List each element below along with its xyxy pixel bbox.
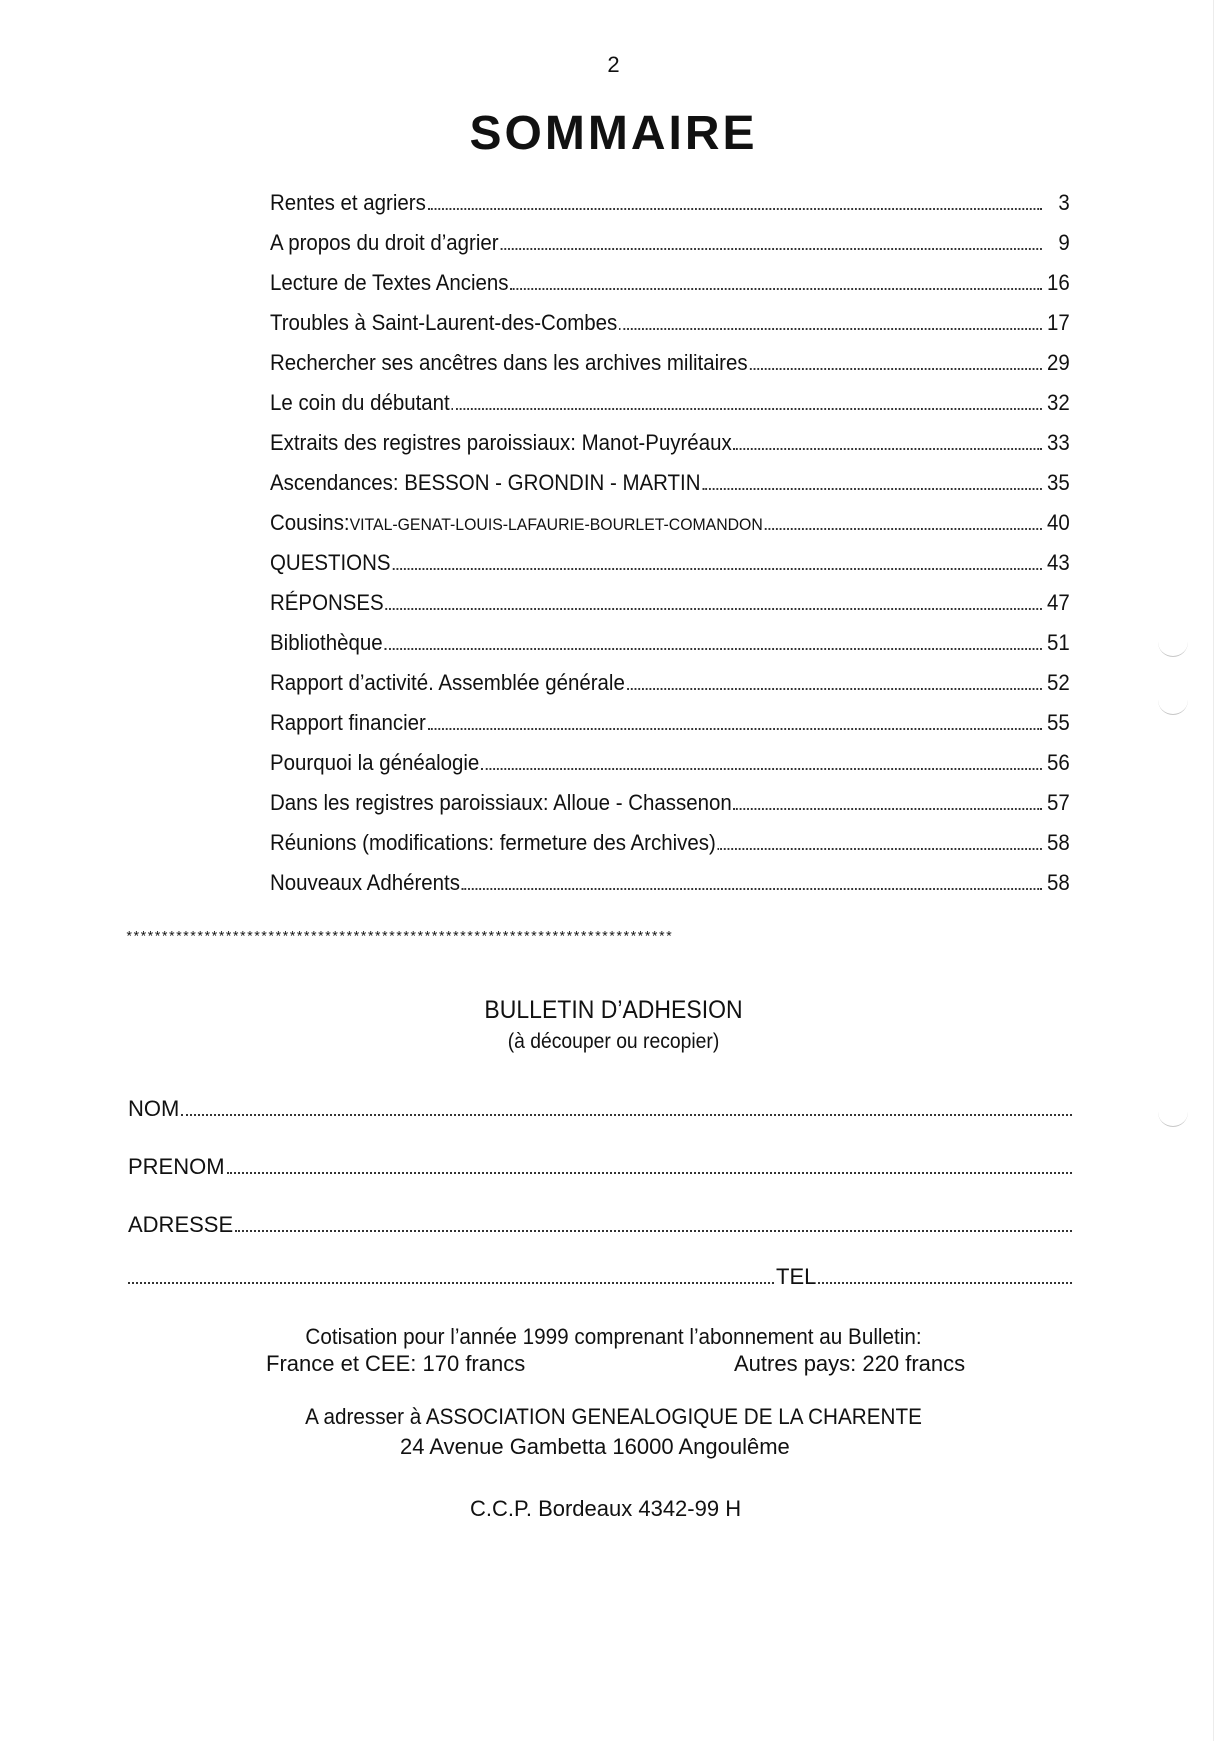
page-number: 2 xyxy=(0,52,1227,78)
dot-leader xyxy=(702,488,1042,490)
toc-entry-page: 17 xyxy=(1044,310,1070,336)
toc-entry: Rechercher ses ancêtres dans les archive… xyxy=(270,350,1070,390)
toc-entry: Rapport d’activité. Assemblée générale52 xyxy=(270,670,1070,710)
toc-entry: Nouveaux Adhérents58 xyxy=(270,870,1070,910)
nom-label: NOM xyxy=(128,1096,179,1122)
tel-label: TEL xyxy=(776,1264,816,1290)
toc-entry-page: 51 xyxy=(1044,630,1070,656)
toc-entry: Ascendances: BESSON - GRONDIN - MARTIN35 xyxy=(270,470,1070,510)
dot-leader xyxy=(510,288,1042,290)
page-title: SOMMAIRE xyxy=(0,106,1227,161)
prenom-field[interactable]: PRENOM xyxy=(128,1154,1072,1180)
dot-leader xyxy=(452,408,1042,410)
address-line-1: A adresser à ASSOCIATION GENEALOGIQUE DE… xyxy=(37,1404,1190,1430)
toc-entry-title: Nouveaux Adhérents xyxy=(270,870,460,896)
form-title: BULLETIN D’ADHESION xyxy=(49,996,1178,1025)
toc-entry: Dans les registres paroissiaux: Alloue -… xyxy=(270,790,1070,830)
adresse-label: ADRESSE xyxy=(128,1212,233,1238)
dot-leader xyxy=(428,208,1042,210)
toc-entry-page: 47 xyxy=(1044,590,1070,616)
toc-entry-page: 58 xyxy=(1044,870,1070,896)
toc-entry-title: Bibliothèque xyxy=(270,630,383,656)
toc-entry-page: 40 xyxy=(1044,510,1070,536)
toc-entry-title: Rapport financier xyxy=(270,710,426,736)
page-edge xyxy=(1213,0,1214,1741)
toc-entry-title: Lecture de Textes Anciens xyxy=(270,270,508,296)
toc-entry: Cousins: VITAL-GENAT-LOUIS-LAFAURIE-BOUR… xyxy=(270,510,1070,550)
toc-entry-title: Rapport d’activité. Assemblée générale xyxy=(270,670,625,696)
address-line-2: 24 Avenue Gambetta 16000 Angoulême xyxy=(400,1434,790,1460)
toc-entry-subtitle: VITAL-GENAT-LOUIS-LAFAURIE-BOURLET-COMAN… xyxy=(350,515,763,534)
toc-entry-page: 56 xyxy=(1044,750,1070,776)
dot-leader xyxy=(500,248,1041,250)
ccp-account: C.C.P. Bordeaux 4342-99 H xyxy=(470,1496,741,1522)
toc-entry-title: Cousins: xyxy=(270,510,350,536)
toc-entry-page: 55 xyxy=(1044,710,1070,736)
toc-entry-page: 3 xyxy=(1044,190,1070,216)
price-other: Autres pays: 220 francs xyxy=(734,1351,965,1377)
toc-entry: Rapport financier55 xyxy=(270,710,1070,750)
toc-entry-page: 52 xyxy=(1044,670,1070,696)
adresse-continuation-line[interactable] xyxy=(128,1282,774,1284)
cotisation-text: Cotisation pour l’année 1999 comprenant … xyxy=(37,1324,1190,1350)
toc-entry-title: Ascendances: BESSON - GRONDIN - MARTIN xyxy=(270,470,701,496)
toc-entry-title: Dans les registres paroissiaux: Alloue -… xyxy=(270,790,732,816)
separator-stars: ****************************************… xyxy=(125,930,1055,946)
toc-entry-title: Pourquoi la généalogie xyxy=(270,750,479,776)
toc-entry: Réunions (modifications: fermeture des A… xyxy=(270,830,1070,870)
toc-entry-title: Rechercher ses ancêtres dans les archive… xyxy=(270,350,748,376)
toc-entry-title: Le coin du débutant xyxy=(270,390,450,416)
dot-leader xyxy=(428,728,1042,730)
toc-entry: Pourquoi la généalogie56 xyxy=(270,750,1070,790)
dot-leader xyxy=(627,688,1042,690)
dot-leader xyxy=(619,328,1042,330)
toc-entry-page: 33 xyxy=(1044,430,1070,456)
dot-leader xyxy=(765,528,1042,530)
toc-entry: Rentes et agriers3 xyxy=(270,190,1070,230)
toc-entry: Le coin du débutant32 xyxy=(270,390,1070,430)
adresse-fill-line[interactable] xyxy=(235,1230,1072,1232)
toc-entry-title: A propos du droit d’agrier xyxy=(270,230,499,256)
toc-entry-page: 16 xyxy=(1044,270,1070,296)
form-subtitle: (à découper ou recopier) xyxy=(49,1030,1178,1054)
toc-entry-title: Rentes et agriers xyxy=(270,190,426,216)
dot-leader xyxy=(462,888,1042,890)
prenom-fill-line[interactable] xyxy=(227,1172,1072,1174)
dot-leader xyxy=(734,808,1042,810)
toc-entry-title: Troubles à Saint-Laurent-des-Combes xyxy=(270,310,617,336)
nom-fill-line[interactable] xyxy=(181,1114,1072,1116)
dot-leader xyxy=(481,768,1042,770)
adresse-field[interactable]: ADRESSE xyxy=(128,1212,1072,1238)
dot-leader xyxy=(718,848,1042,850)
toc-entry: Lecture de Textes Anciens16 xyxy=(270,270,1070,310)
toc-entry: Extraits des registres paroissiaux: Mano… xyxy=(270,430,1070,470)
punch-hole-mark xyxy=(1158,698,1188,715)
prenom-label: PRENOM xyxy=(128,1154,225,1180)
punch-hole-mark xyxy=(1158,1110,1188,1127)
tel-field[interactable]: TEL xyxy=(128,1264,1072,1290)
toc-entry-page: 58 xyxy=(1044,830,1070,856)
toc-entry-page: 57 xyxy=(1044,790,1070,816)
dot-leader xyxy=(384,648,1041,650)
toc-entry-title: Extraits des registres paroissiaux: Mano… xyxy=(270,430,732,456)
toc-entry-title: Réunions (modifications: fermeture des A… xyxy=(270,830,716,856)
dot-leader xyxy=(386,608,1042,610)
toc-entry-page: 35 xyxy=(1044,470,1070,496)
toc-entry: A propos du droit d’agrier9 xyxy=(270,230,1070,270)
toc-entry-title: QUESTIONS xyxy=(270,550,391,576)
dot-leader xyxy=(392,568,1042,570)
dot-leader xyxy=(734,448,1042,450)
toc-entry: RÉPONSES47 xyxy=(270,590,1070,630)
toc-entry: Bibliothèque51 xyxy=(270,630,1070,670)
toc-entry-page: 43 xyxy=(1044,550,1070,576)
toc-entry-page: 32 xyxy=(1044,390,1070,416)
toc-entry: Troubles à Saint-Laurent-des-Combes17 xyxy=(270,310,1070,350)
table-of-contents: Rentes et agriers3A propos du droit d’ag… xyxy=(270,190,1070,910)
tel-fill-line[interactable] xyxy=(818,1282,1072,1284)
toc-entry-title: RÉPONSES xyxy=(270,590,384,616)
punch-hole-mark xyxy=(1158,640,1188,657)
price-france: France et CEE: 170 francs xyxy=(266,1351,525,1377)
toc-entry: QUESTIONS43 xyxy=(270,550,1070,590)
toc-entry-page: 9 xyxy=(1044,230,1070,256)
dot-leader xyxy=(749,368,1041,370)
toc-entry-page: 29 xyxy=(1044,350,1070,376)
nom-field[interactable]: NOM xyxy=(128,1096,1072,1122)
